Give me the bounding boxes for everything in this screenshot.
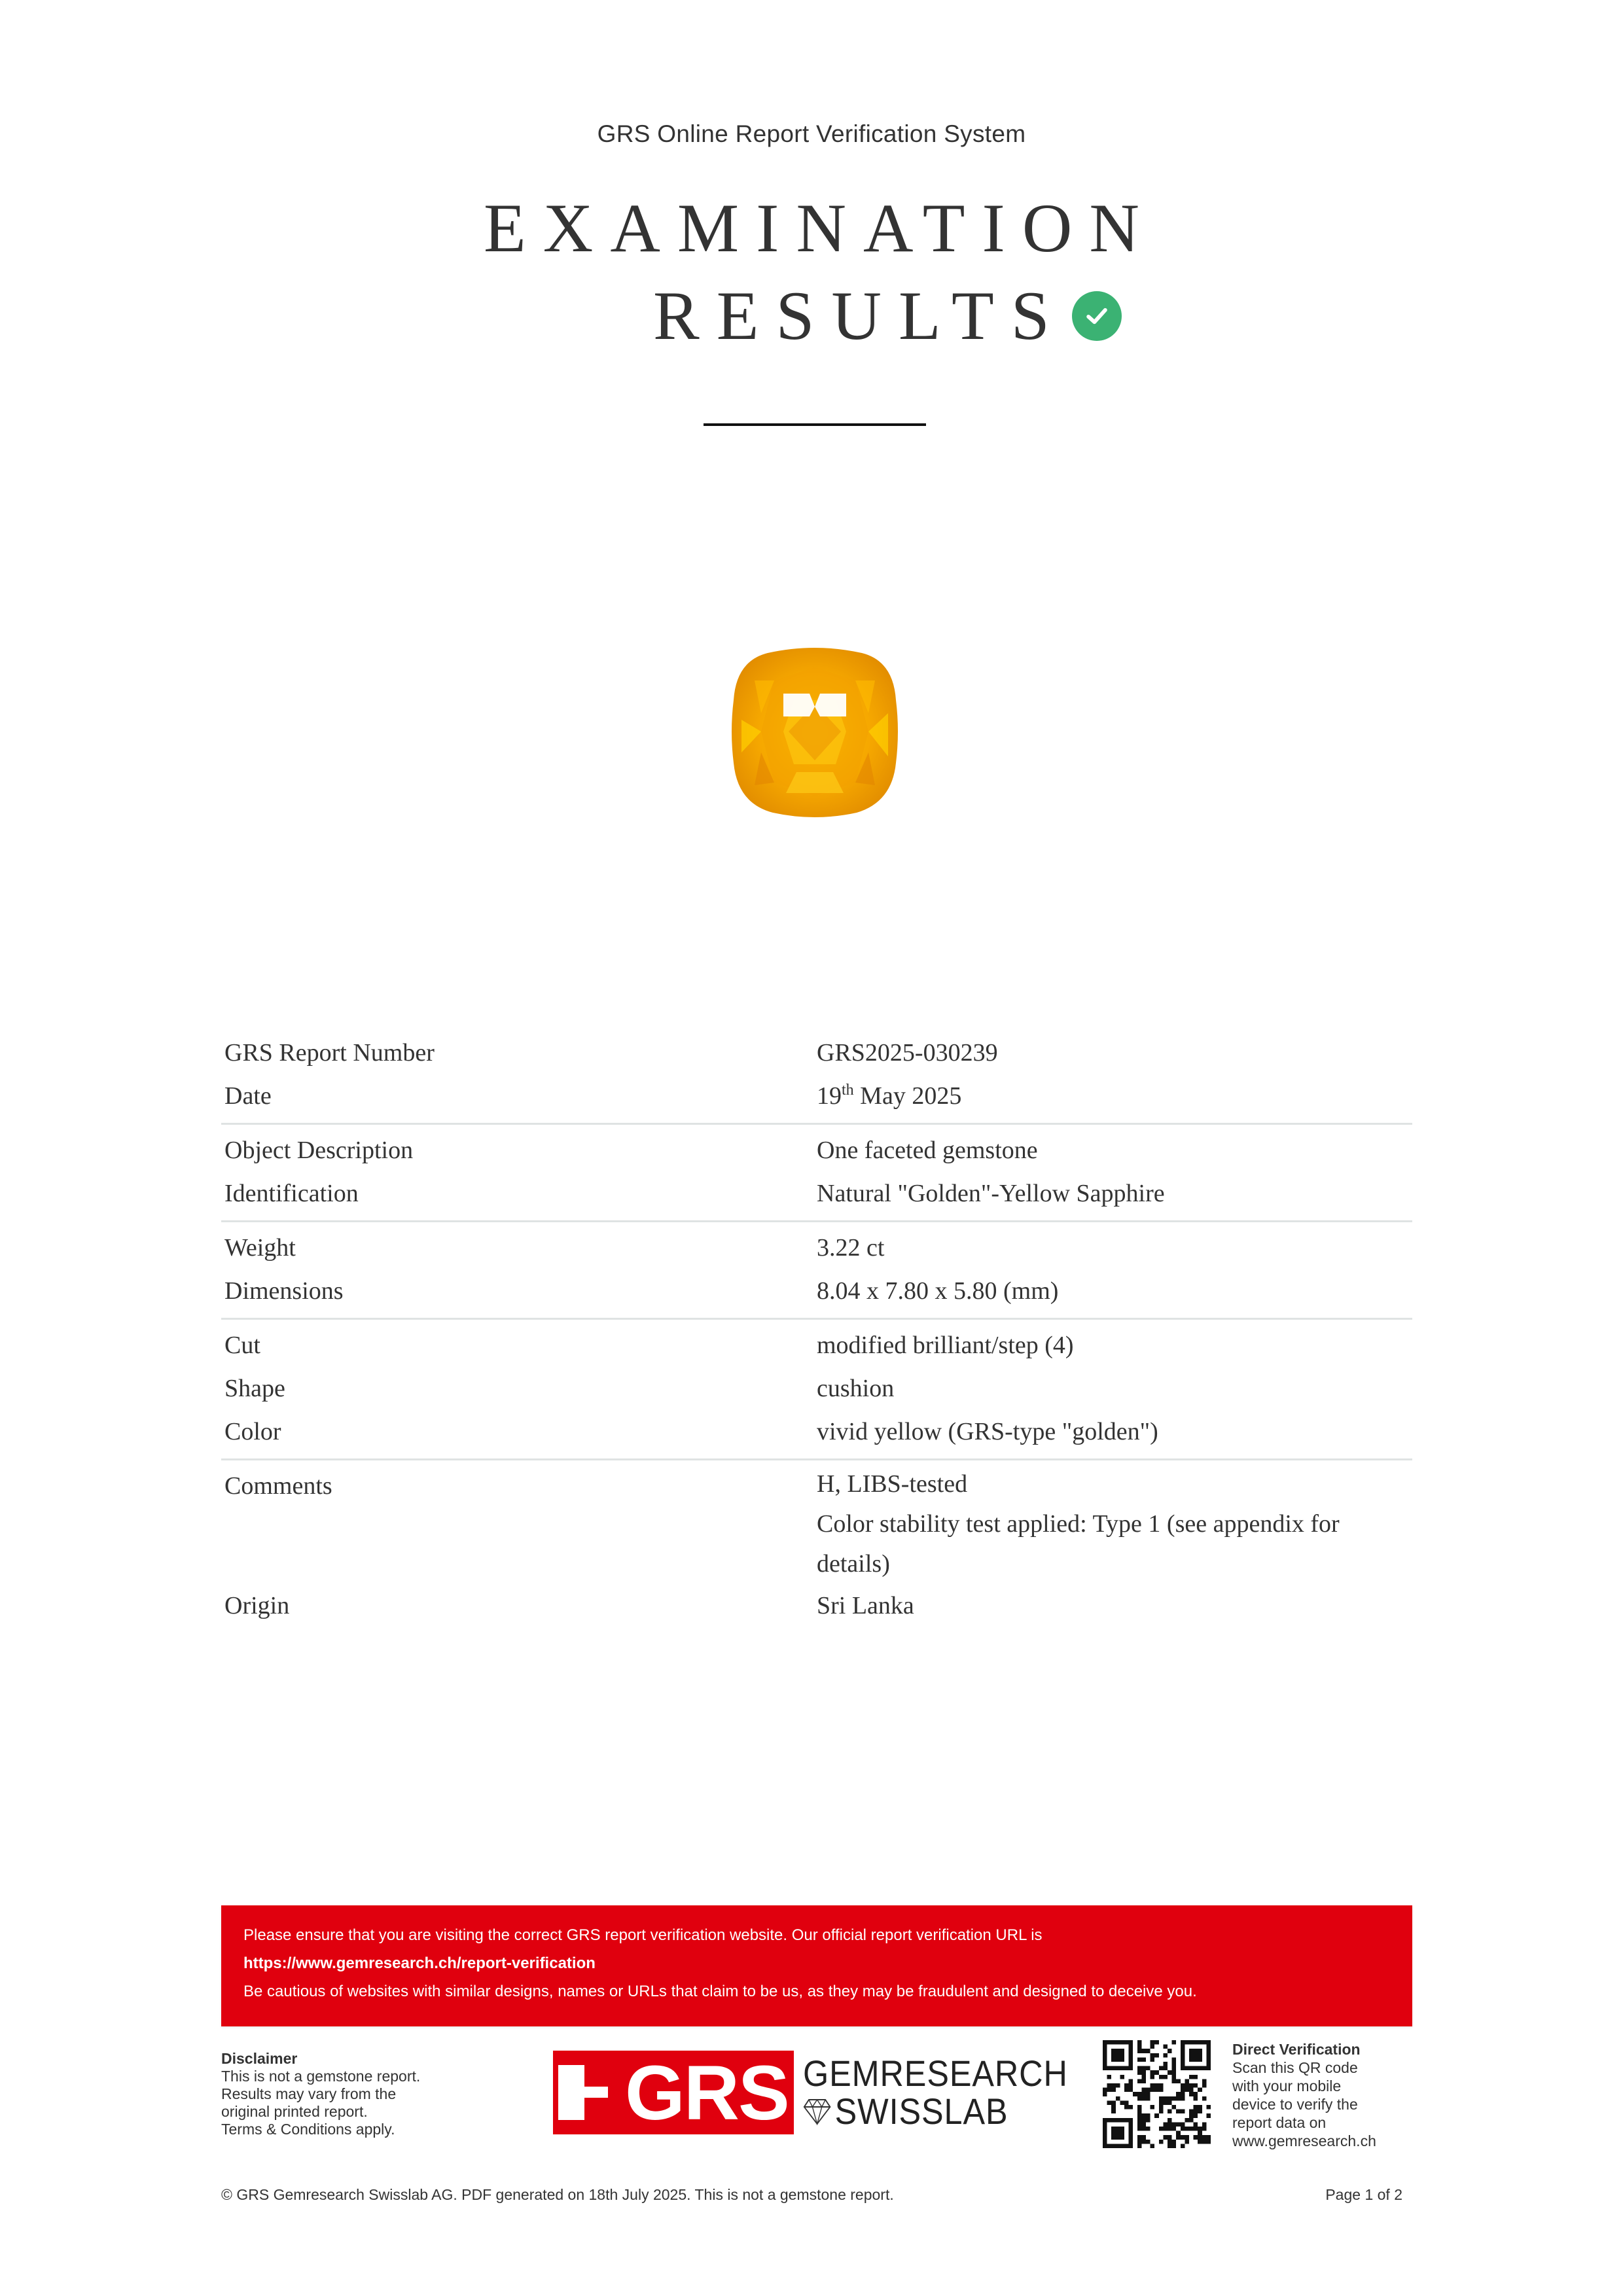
- table-row: Identification Natural "Golden"-Yellow S…: [221, 1172, 1412, 1215]
- page-number: Page 1 of 2: [1325, 2186, 1402, 2204]
- direct-verification: Direct Verification Scan this QR code wi…: [1232, 2040, 1376, 2150]
- direct-verification-heading: Direct Verification: [1232, 2040, 1376, 2058]
- report-group-identification: GRS Report Number GRS2025-030239 Date 19…: [221, 1027, 1412, 1125]
- row-value: modified brilliant/step (4): [817, 1324, 1412, 1367]
- phishing-warning-banner: Please ensure that you are visiting the …: [221, 1905, 1412, 2026]
- title-divider: [704, 423, 926, 426]
- direct-verification-line: report data on: [1232, 2113, 1376, 2132]
- table-row: Date 19th May 2025: [221, 1074, 1412, 1118]
- table-row: Origin Sri Lanka: [221, 1584, 1412, 1627]
- qr-code-icon[interactable]: [1103, 2040, 1211, 2148]
- table-row: Object Description One faceted gemstone: [221, 1129, 1412, 1172]
- grs-logo-mark: GRS: [553, 2051, 794, 2134]
- grs-logo-wordmark: GEMRESEARCH SWISSLAB: [803, 2055, 1097, 2130]
- copyright-notice: © GRS Gemresearch Swisslab AG. PDF gener…: [221, 2186, 894, 2204]
- row-value: One faceted gemstone: [817, 1129, 1412, 1172]
- row-label: Identification: [221, 1172, 817, 1215]
- disclaimer: Disclaimer This is not a gemstone report…: [221, 2050, 420, 2138]
- logo-line2: SWISSLAB: [835, 2093, 1008, 2130]
- direct-verification-line: device to verify the: [1232, 2095, 1376, 2113]
- grs-logo-text: GRS: [625, 2055, 789, 2132]
- table-row: Comments H, LIBS-tested Color stability …: [221, 1464, 1412, 1584]
- row-value: vivid yellow (GRS-type "golden"): [817, 1410, 1412, 1453]
- row-value: Natural "Golden"-Yellow Sapphire: [817, 1172, 1412, 1215]
- logo-line1: GEMRESEARCH: [803, 2055, 1068, 2093]
- diamond-icon: [803, 2098, 831, 2125]
- row-label: Comments: [221, 1464, 817, 1508]
- row-label: Origin: [221, 1584, 817, 1627]
- report-group-object: Object Description One faceted gemstone …: [221, 1125, 1412, 1222]
- disclaimer-line: Terms & Conditions apply.: [221, 2121, 420, 2138]
- warning-text: Please ensure that you are visiting the …: [243, 1921, 1390, 1949]
- date-day: 19: [817, 1082, 842, 1110]
- origin-value: Sri Lanka: [817, 1584, 1412, 1627]
- date-rest: May 2025: [854, 1082, 962, 1110]
- table-row: Weight 3.22 ct: [221, 1226, 1412, 1269]
- row-label: GRS Report Number: [221, 1031, 817, 1074]
- date-ordinal: th: [842, 1082, 854, 1099]
- check-circle-icon: [1072, 291, 1122, 341]
- disclaimer-line: This is not a gemstone report.: [221, 2068, 420, 2085]
- row-label: Cut: [221, 1324, 817, 1367]
- table-row: Cut modified brilliant/step (4): [221, 1324, 1412, 1367]
- page-title-results: RESULTS: [653, 281, 1067, 351]
- table-row: Color vivid yellow (GRS-type "golden"): [221, 1410, 1412, 1453]
- disclaimer-line: original printed report.: [221, 2103, 420, 2121]
- comment-line: H, LIBS-tested: [817, 1464, 1412, 1504]
- page-title-line2: RESULTS: [653, 281, 1122, 351]
- comment-line: Color stability test applied: Type 1 (se…: [817, 1504, 1412, 1544]
- page-subtitle: GRS Online Report Verification System: [0, 120, 1623, 148]
- direct-verification-line: with your mobile: [1232, 2077, 1376, 2095]
- comments-value: H, LIBS-tested Color stability test appl…: [817, 1464, 1412, 1584]
- disclaimer-line: Results may vary from the: [221, 2085, 420, 2103]
- row-value: 8.04 x 7.80 x 5.80 (mm): [817, 1269, 1412, 1313]
- row-value: 3.22 ct: [817, 1226, 1412, 1269]
- grs-logo: GRS GEMRESEARCH SWISSLAB: [553, 2051, 1097, 2134]
- report-group-comments: Comments H, LIBS-tested Color stability …: [221, 1460, 1412, 1633]
- warning-text: Be cautious of websites with similar des…: [243, 1977, 1390, 2005]
- report-group-appearance: Cut modified brilliant/step (4) Shape cu…: [221, 1320, 1412, 1460]
- direct-verification-website[interactable]: www.gemresearch.ch: [1232, 2132, 1376, 2150]
- gemstone-image: [728, 641, 901, 822]
- row-label: Date: [221, 1074, 817, 1118]
- date-value: 19th May 2025: [817, 1074, 1412, 1118]
- direct-verification-line: Scan this QR code: [1232, 2058, 1376, 2077]
- report-number-value: GRS2025-030239: [817, 1031, 1412, 1074]
- report-group-measurements: Weight 3.22 ct Dimensions 8.04 x 7.80 x …: [221, 1222, 1412, 1320]
- report-details-table: GRS Report Number GRS2025-030239 Date 19…: [221, 1027, 1412, 1633]
- table-row: Shape cushion: [221, 1367, 1412, 1410]
- swiss-cross-icon: [558, 2065, 584, 2120]
- row-label: Shape: [221, 1367, 817, 1410]
- row-label: Weight: [221, 1226, 817, 1269]
- row-label: Object Description: [221, 1129, 817, 1172]
- table-row: Dimensions 8.04 x 7.80 x 5.80 (mm): [221, 1269, 1412, 1313]
- table-row: GRS Report Number GRS2025-030239: [221, 1031, 1412, 1074]
- page-title-line1: EXAMINATION: [0, 194, 1623, 263]
- comment-line: details): [817, 1544, 1412, 1584]
- logo-line2-wrap: SWISSLAB: [803, 2093, 1068, 2130]
- row-label: Dimensions: [221, 1269, 817, 1313]
- verification-url-link[interactable]: https://www.gemresearch.ch/report-verifi…: [243, 1949, 1390, 1977]
- disclaimer-heading: Disclaimer: [221, 2050, 420, 2068]
- row-label: Color: [221, 1410, 817, 1453]
- row-value: cushion: [817, 1367, 1412, 1410]
